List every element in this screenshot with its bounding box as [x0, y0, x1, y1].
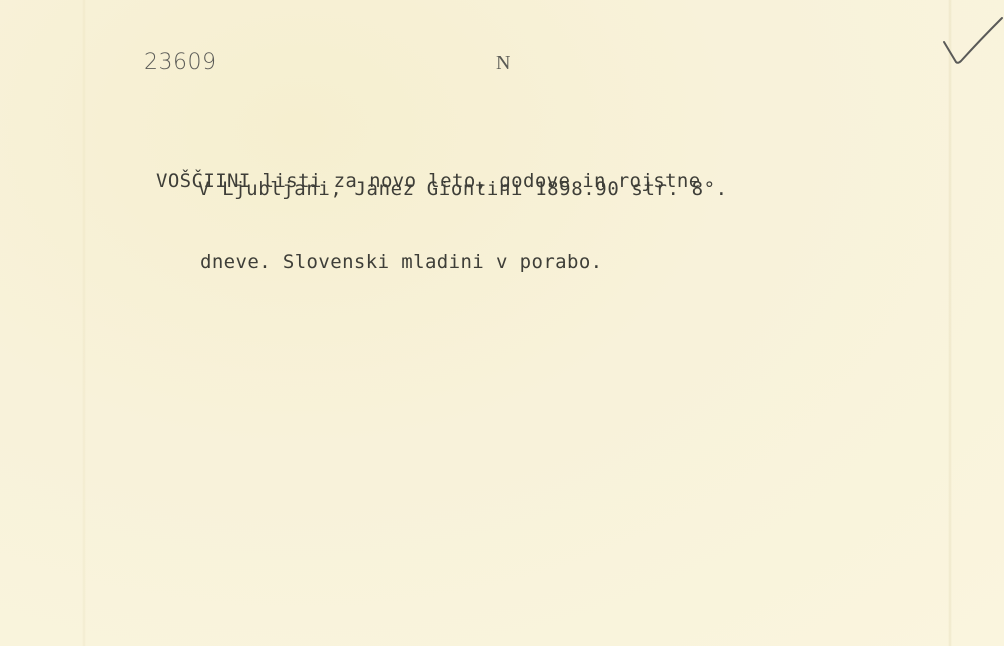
entry-title-line-2: dneve. Slovenski mladini v porabo.: [156, 249, 701, 276]
catalog-card: 23609 N VOŠČIINI listi za novo leto, god…: [0, 0, 1004, 646]
checkmark-icon: [940, 12, 1004, 68]
call-number: 23609: [144, 50, 217, 75]
collection-mark: N: [496, 52, 510, 75]
entry-imprint: V Ljubljani, Janez Giontini 1898.90 str.…: [198, 178, 728, 200]
bibliographic-entry: VOŠČIINI listi za novo leto, godove in r…: [156, 114, 701, 330]
